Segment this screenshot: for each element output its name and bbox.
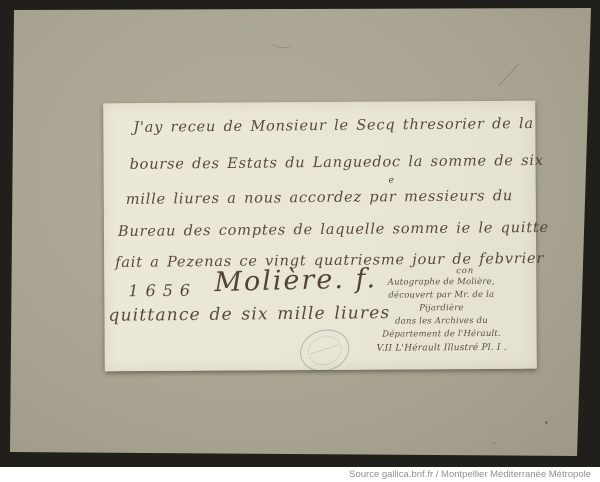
handwriting-line: mille liures a nous accordez par messieu…	[126, 188, 513, 208]
dust-speck	[493, 442, 495, 444]
printed-caption: Autographe de Molière, découvert par Mr.…	[366, 276, 516, 356]
handwriting-insertion: con	[456, 266, 474, 276]
caption-line: V.II L'Hérault Illustré Pl. I .	[367, 342, 517, 356]
source-attribution: Source gallica.bnf.fr / Montpellier Médi…	[349, 469, 591, 480]
photograph: J'ay receu de Monsieur le Secq thresorie…	[0, 0, 600, 467]
handwriting-line: Bureau des comptes de laquelle somme ie …	[118, 220, 549, 240]
scratch-mark	[499, 63, 520, 86]
handwriting-insertion: e	[389, 176, 395, 186]
caption-line: Autographe de Molière,	[366, 276, 516, 290]
pencil-smudge	[269, 32, 295, 49]
moliere-signature: Molière. f.	[214, 263, 378, 298]
handwriting-year: 1656	[128, 281, 197, 301]
handwriting-line: J'ay receu de Monsieur le Secq thresorie…	[133, 116, 534, 136]
source-attribution-bar: Source gallica.bnf.fr / Montpellier Médi…	[0, 467, 600, 482]
handwriting-line: bourse des Estats du Languedoc la somme …	[129, 153, 543, 173]
caption-line: dans les Archives du Département de l'Hé…	[366, 315, 516, 342]
manuscript-paper: J'ay receu de Monsieur le Secq thresorie…	[103, 101, 537, 372]
dust-speck	[545, 421, 548, 424]
gallica-scan-viewer: J'ay receu de Monsieur le Secq thresorie…	[0, 0, 600, 482]
handwriting-line: quittance de six mille liures	[108, 303, 390, 326]
caption-line: découvert par Mr. de la Pijardière	[366, 289, 516, 316]
library-stamp-icon	[295, 323, 355, 378]
